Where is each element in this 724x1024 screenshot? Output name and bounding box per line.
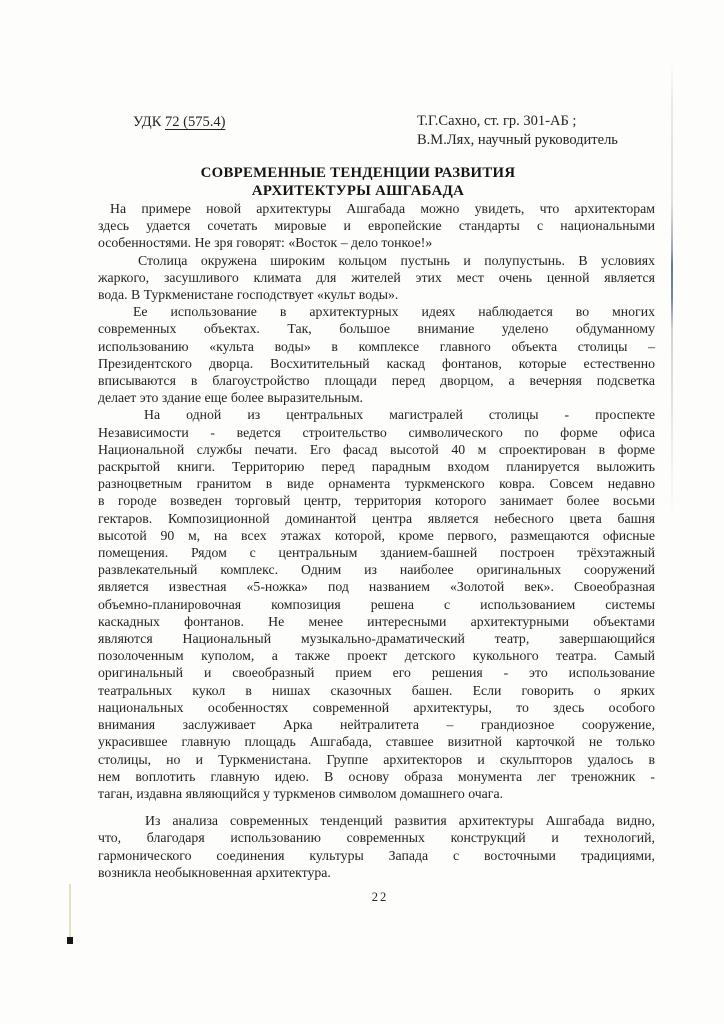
text-line: вода. В Туркменистане господствует «куль… xyxy=(98,286,655,303)
text-line: Независимости - ведется строительство си… xyxy=(98,424,655,441)
text-line: раскрытой книги. Территорию перед парадн… xyxy=(98,458,655,475)
text-line: делает это здание еще более выразительны… xyxy=(98,389,655,406)
text-line: здесь удается сочетать мировые и европей… xyxy=(98,217,655,234)
text-line: позолоченным куполом, а также проект дет… xyxy=(98,647,655,664)
text-line: оригинальный и своеобразный прием его ре… xyxy=(98,664,655,681)
text-line: особенностями. Не зря говорят: «Восток –… xyxy=(98,234,655,251)
text-line: Президентского дворца. Восхитительный ка… xyxy=(98,355,655,372)
text-line: На примере новой архитектуры Ашгабада мо… xyxy=(98,200,655,217)
text-line: Ее использование в архитектурных идеях н… xyxy=(98,303,655,320)
text-line: гектаров. Композиционной доминантой цент… xyxy=(98,510,655,527)
text-line: возникла необыкновенная архитектура. xyxy=(98,864,655,881)
text-line: помещения. Рядом с центральным зданием-б… xyxy=(98,544,655,561)
udk-number: 72 (575.4) xyxy=(165,114,225,130)
text-line: что, благодаря использованию современных… xyxy=(98,829,655,846)
text-line: развлекательный комплекс. Одним из наибо… xyxy=(98,561,655,578)
paragraph: Из анализа современных тенденций развити… xyxy=(98,812,655,881)
text-line: является известная «5-ножка» под названи… xyxy=(98,578,655,595)
text-line: Столица окружена широким кольцом пустынь… xyxy=(98,252,655,269)
text-line: национальных особенностях современной ар… xyxy=(98,699,655,716)
text-line: жаркого, засушливого климата для жителей… xyxy=(98,269,655,286)
author-line-2: В.М.Лях, научный руководитель xyxy=(417,131,618,150)
paragraph: На одной из центральных магистралей стол… xyxy=(98,406,655,802)
text-line: театральных кукол в нишах сказочных баше… xyxy=(98,682,655,699)
text-line: разноцветным гранитом в виде орнамента т… xyxy=(98,475,655,492)
text-line: объемно-планировочная композиция решена … xyxy=(98,596,655,613)
text-line: нем воплотить главную идею. В основу обр… xyxy=(98,768,655,785)
text-line: высотой 90 м, на всех этажах которой, кр… xyxy=(98,527,655,544)
udk-label: УДК xyxy=(133,114,161,130)
page-title-line-2: АРХИТЕКТУРЫ АШГАБАДА xyxy=(98,182,618,200)
scanned-document-page: УДК 72 (575.4) Т.Г.Сахно, ст. гр. 301-АБ… xyxy=(0,0,724,1024)
paragraph: Столица окружена широким кольцом пустынь… xyxy=(98,252,655,304)
scan-corner-mark-artifact xyxy=(67,937,73,944)
body-text: На примере новой архитектуры Ашгабада мо… xyxy=(98,200,655,881)
text-line: использованию «культа воды» в комплексе … xyxy=(98,338,655,355)
text-line: вписываются в благоустройство площади пе… xyxy=(98,372,655,389)
text-line: Из анализа современных тенденций развити… xyxy=(98,812,655,829)
text-line: таган, издавна являющийся у туркменов си… xyxy=(98,785,655,802)
text-line: являются Национальный музыкально-драмати… xyxy=(98,630,655,647)
udk-classification: УДК 72 (575.4) xyxy=(133,114,225,131)
text-line: каскадных фонтанов. Не менее интересными… xyxy=(98,613,655,630)
paragraph: На примере новой архитектуры Ашгабада мо… xyxy=(98,200,655,252)
page-title: СОВРЕМЕННЫЕ ТЕНДЕНЦИИ РАЗВИТИЯ АРХИТЕКТУ… xyxy=(98,164,618,200)
text-line: гармонического соединения культуры Запад… xyxy=(98,847,655,864)
text-line: в городе возведен торговый центр, террит… xyxy=(98,492,655,509)
paragraph: Ее использование в архитектурных идеях н… xyxy=(98,303,655,406)
author-block: Т.Г.Сахно, ст. гр. 301-АБ ; В.М.Лях, нау… xyxy=(417,112,618,150)
text-line: столицы, но и Туркменистана. Группе архи… xyxy=(98,751,655,768)
text-line: украсившее главную площадь Ашгабада, ста… xyxy=(98,733,655,750)
scan-margin-line-artifact xyxy=(69,884,71,938)
text-line: На одной из центральных магистралей стол… xyxy=(98,406,655,423)
text-line: Национальной службы печати. Его фасад вы… xyxy=(98,441,655,458)
text-line: современных объектах. Так, большое внима… xyxy=(98,320,655,337)
page-title-line-1: СОВРЕМЕННЫЕ ТЕНДЕНЦИИ РАЗВИТИЯ xyxy=(98,164,618,182)
scan-edge-artifact xyxy=(671,64,673,522)
page-number: 22 xyxy=(352,890,408,905)
text-line: внимания заслуживает Арка нейтралитета –… xyxy=(98,716,655,733)
author-line-1: Т.Г.Сахно, ст. гр. 301-АБ ; xyxy=(417,112,618,131)
